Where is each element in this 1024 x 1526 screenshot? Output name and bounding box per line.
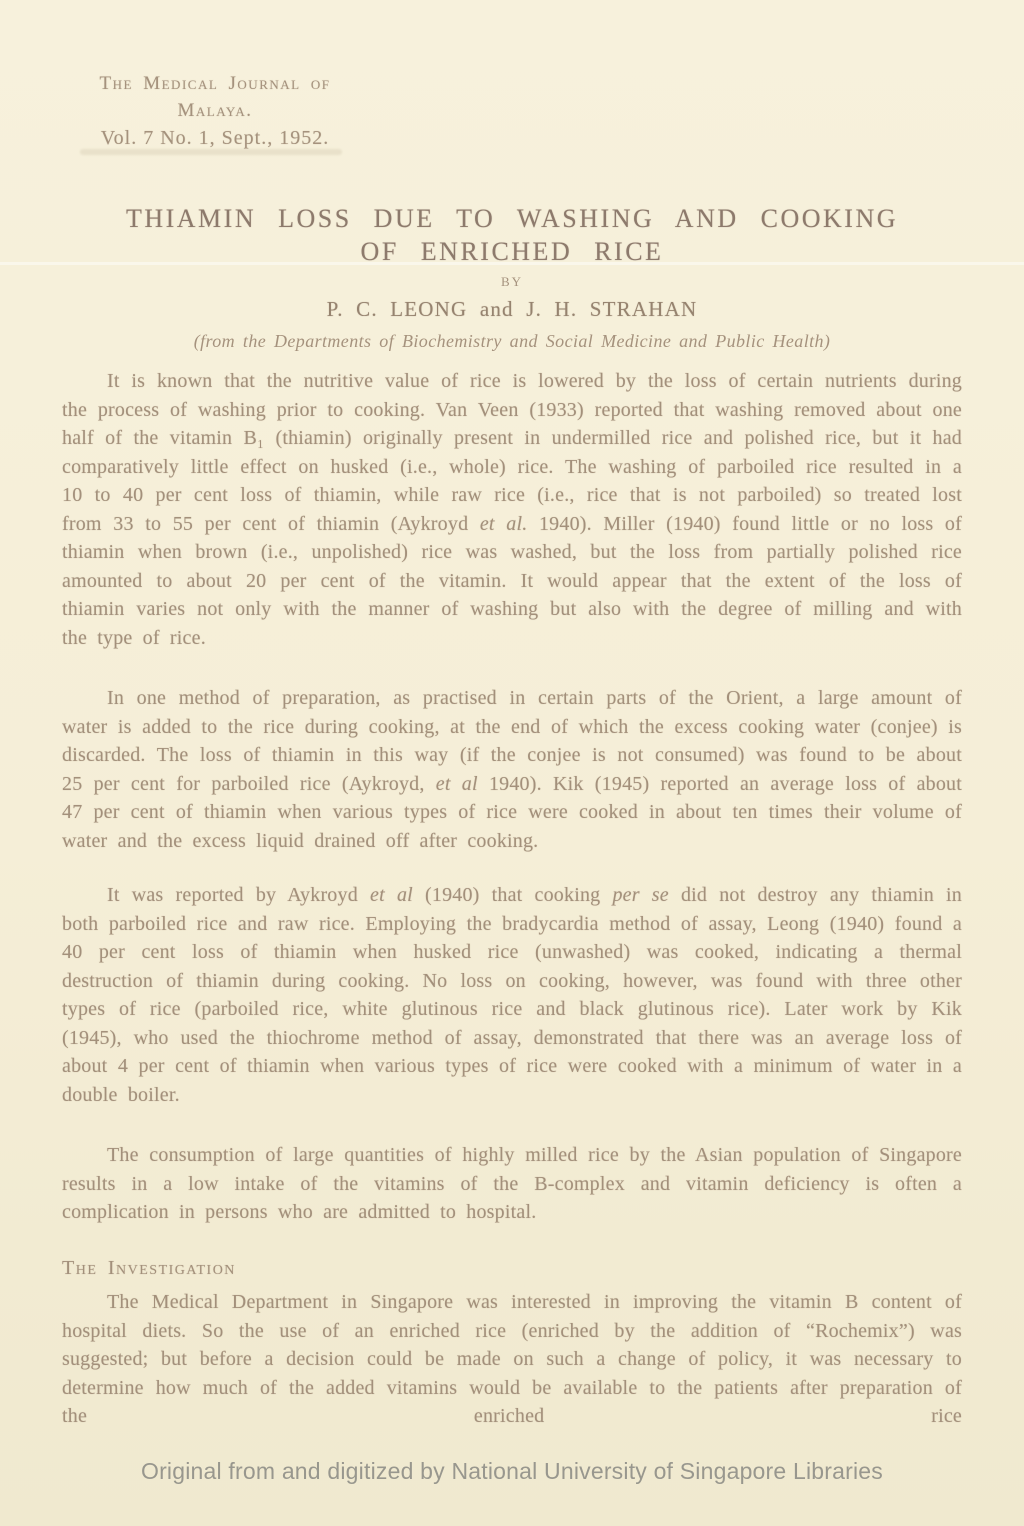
author-affiliation: (from the Departments of Biochemistry an…	[0, 331, 1024, 352]
body-paragraph-1: It is known that the nutritive value of …	[62, 367, 962, 652]
body-paragraph-5: The Medical Department in Singapore was …	[62, 1288, 962, 1431]
author-names: P. C. LEONG and J. H. STRAHAN	[0, 297, 1024, 322]
body-paragraph-3: It was reported by Aykroyd et al (1940) …	[62, 881, 962, 1109]
section-heading-investigation: The Investigation	[62, 1257, 236, 1280]
journal-issue-line: Vol. 7 No. 1, Sept., 1952.	[74, 124, 356, 152]
body-paragraph-4: The consumption of large quantities of h…	[62, 1141, 962, 1227]
article-title-line1: THIAMIN LOSS DUE TO WASHING AND COOKING	[0, 203, 1024, 235]
byline-label: BY	[0, 274, 1024, 290]
article-title-line2: OF ENRICHED RICE	[0, 236, 1024, 268]
body-paragraph-2: In one method of preparation, as practis…	[62, 684, 962, 855]
journal-masthead: The Medical Journal of Malaya. Vol. 7 No…	[74, 70, 356, 152]
scanned-journal-page: The Medical Journal of Malaya. Vol. 7 No…	[0, 0, 1024, 1526]
journal-name-line: The Medical Journal of	[74, 70, 356, 97]
digitization-footer-note: Original from and digitized by National …	[0, 1458, 1024, 1485]
journal-place-line: Malaya.	[74, 97, 356, 124]
